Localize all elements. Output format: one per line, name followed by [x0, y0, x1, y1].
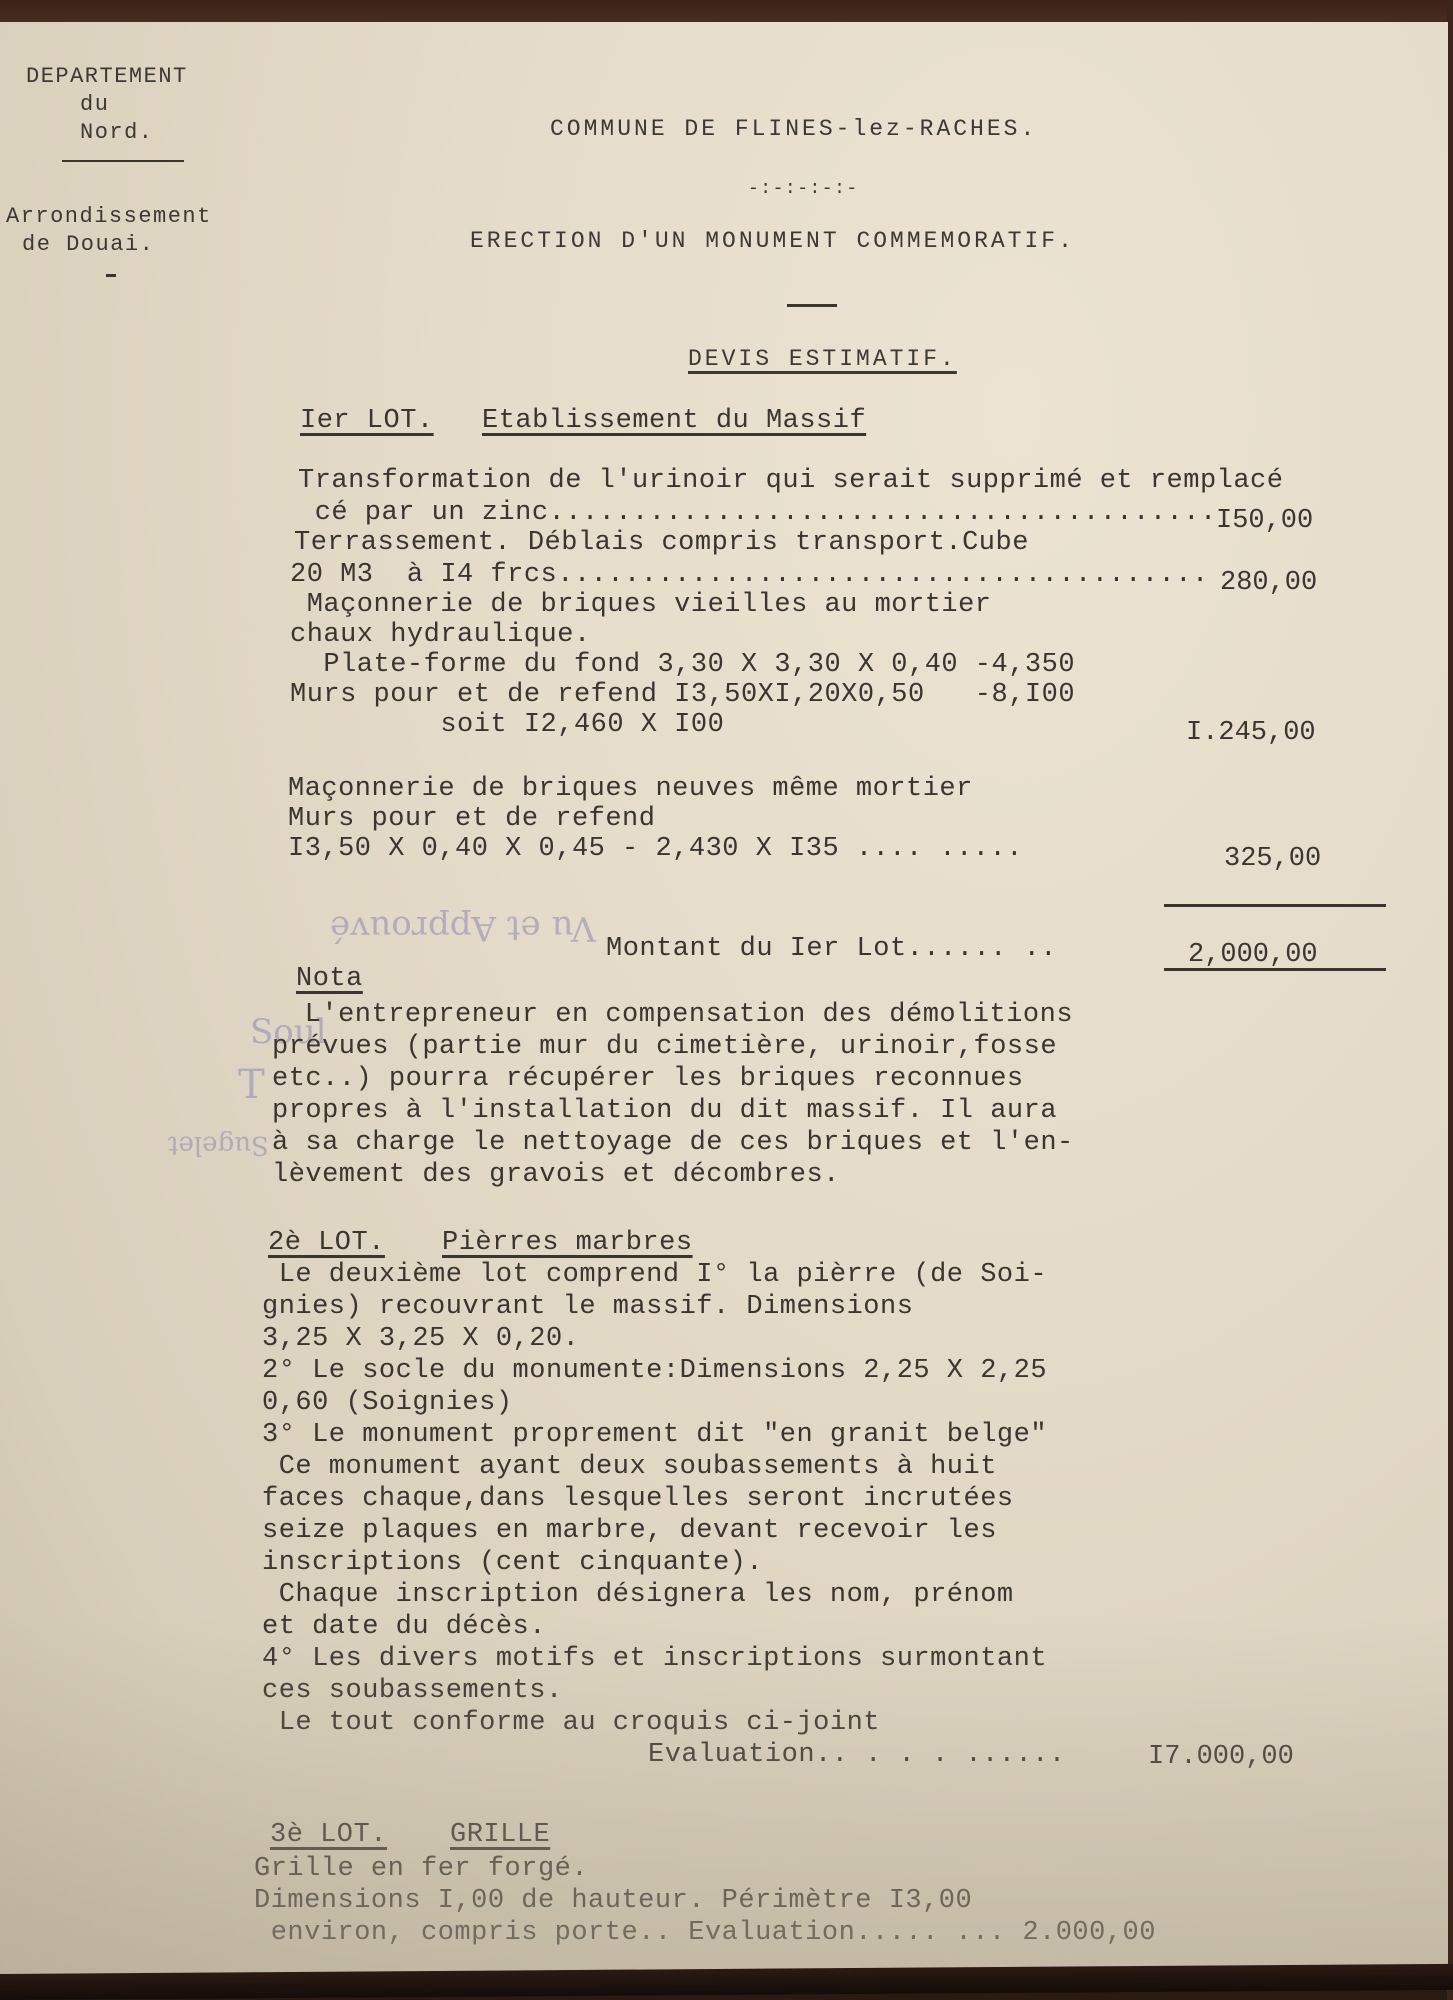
lot2-line: seize plaques en marbre, devant recevoir…	[262, 1518, 997, 1545]
department-label: DEPARTEMENT	[26, 66, 188, 88]
lot2-line: Chaque inscription désignera les nom, pr…	[262, 1582, 1014, 1609]
lot2-line: 0,60 (Soignies)	[262, 1390, 513, 1417]
lot1-item2-amount: 280,00	[1220, 568, 1317, 598]
lot2-line: 3,25 X 3,25 X 0,20.	[262, 1326, 579, 1353]
lot2-line: ces soubassements.	[262, 1678, 563, 1705]
lot1-item1-amount: I50,00	[1216, 506, 1313, 536]
lot2-line: faces chaque,dans lesquelles seront incr…	[262, 1486, 1014, 1513]
lot1-label: Ier LOT.	[300, 408, 434, 435]
lot1-item3-line5: soit I2,460 X I00	[290, 712, 724, 739]
lot1-item2-line2: 20 M3 à I4 frcs.........................…	[290, 562, 1209, 589]
nota-label: Nota	[296, 966, 363, 993]
lot1-item1-line2: cé par un zinc..........................…	[298, 500, 1217, 527]
lot2-line: Le tout conforme au croquis ci-joint	[262, 1710, 880, 1737]
arrondissement-dash	[106, 274, 116, 277]
lot1-item1-line1: Transformation de l'urinoir qui serait s…	[298, 468, 1283, 495]
lot3-line: environ, compris porte.. Evaluation.....…	[254, 1920, 1156, 1947]
lot1-item4-line1: Maçonnerie de briques neuves même mortie…	[288, 776, 973, 803]
lot1-item3-line4: Murs pour et de refend I3,50XI,20X0,50 -…	[290, 682, 1075, 709]
lot1-item3-line2: chaux hydraulique.	[290, 622, 591, 649]
lot1-total-label: Montant du Ier Lot...... ..	[606, 936, 1057, 963]
lot2-label: 2è LOT.	[268, 1230, 385, 1257]
lot2-line: et date du décès.	[262, 1614, 546, 1641]
lot2-line: 3° Le monument proprement dit "en granit…	[262, 1422, 1047, 1449]
lot2-line: gnies) recouvrant le massif. Dimensions	[262, 1294, 913, 1321]
project-title: ERECTION D'UN MONUMENT COMMEMORATIF.	[470, 230, 1075, 253]
nota-line: à sa charge le nettoyage de ces briques …	[272, 1130, 1074, 1157]
lot2-evaluation-amount: I7.000,00	[1148, 1742, 1294, 1772]
lot2-line: Ce monument ayant deux soubassements à h…	[262, 1454, 997, 1481]
nota-line: etc..) pourra récupérer les briques reco…	[272, 1066, 1024, 1093]
nota-line: L'entrepreneur en compensation des démol…	[288, 1002, 1073, 1029]
department-rule	[62, 160, 184, 162]
lot1-item3-line3: Plate-forme du fond 3,30 X 3,30 X 0,40 -…	[290, 652, 1075, 679]
title-short-rule	[787, 304, 837, 307]
lot3-label: 3è LOT.	[270, 1822, 387, 1849]
commune-title: COMMUNE DE FLINES-lez-RACHES.	[550, 118, 1037, 141]
lot1-item4-line3: I3,50 X 0,40 X 0,45 - 2,430 X I35 .... .…	[288, 836, 1023, 863]
lot1-title: Etablissement du Massif	[482, 408, 866, 435]
nota-line: lèvement des gravois et décombres.	[272, 1162, 840, 1189]
lot2-title: Pièrres marbres	[442, 1230, 693, 1257]
nota-line: prévues (partie mur du cimetière, urinoi…	[272, 1034, 1057, 1061]
lot1-item4-line2: Murs pour et de refend	[288, 806, 655, 833]
subtotal-rule	[1164, 904, 1386, 907]
lot1-item2-line1: Terrassement. Déblais compris transport.…	[294, 530, 1029, 557]
stamp-fragment: T	[238, 1062, 265, 1108]
lot1-total-amount: 2,000,00	[1188, 940, 1318, 970]
lot2-line: 4° Les divers motifs et inscriptions sur…	[262, 1646, 1047, 1673]
nota-line: propres à l'installation du dit massif. …	[272, 1098, 1057, 1125]
lot2-line: Le deuxième lot comprend I° la pièrre (d…	[262, 1262, 1047, 1289]
document-title: DEVIS ESTIMATIF.	[688, 348, 957, 371]
lot2-evaluation-label: Evaluation.. . . . ......	[648, 1742, 1066, 1769]
department-du: du	[80, 94, 109, 116]
lot3-line: Dimensions I,00 de hauteur. Périmètre I3…	[254, 1888, 972, 1915]
lot3-title: GRILLE	[450, 1822, 550, 1849]
lot1-item3-amount: I.245,00	[1186, 718, 1316, 748]
arrondissement-label: Arrondissement	[6, 206, 212, 228]
lot2-line: inscriptions (cent cinquante).	[262, 1550, 763, 1577]
approval-stamp: Vu et Approuvé	[330, 908, 596, 948]
department-nord: Nord.	[80, 122, 154, 144]
lot1-item4-amount: 325,00	[1224, 844, 1321, 874]
lot2-line: 2° Le socle du monumente:Dimensions 2,25…	[262, 1358, 1047, 1385]
arrondissement-douai: de Douai.	[22, 234, 154, 256]
stamp-fragment: Sugelet	[168, 1130, 269, 1160]
total-rule	[1164, 968, 1386, 971]
lot3-line: Grille en fer forgé.	[254, 1856, 588, 1883]
title-separator: -:-:-:-:-	[748, 180, 859, 198]
document-page: DEPARTEMENT du Nord. Arrondissement de D…	[0, 22, 1448, 1977]
lot1-item3-line1: Maçonnerie de briques vieilles au mortie…	[290, 592, 992, 619]
